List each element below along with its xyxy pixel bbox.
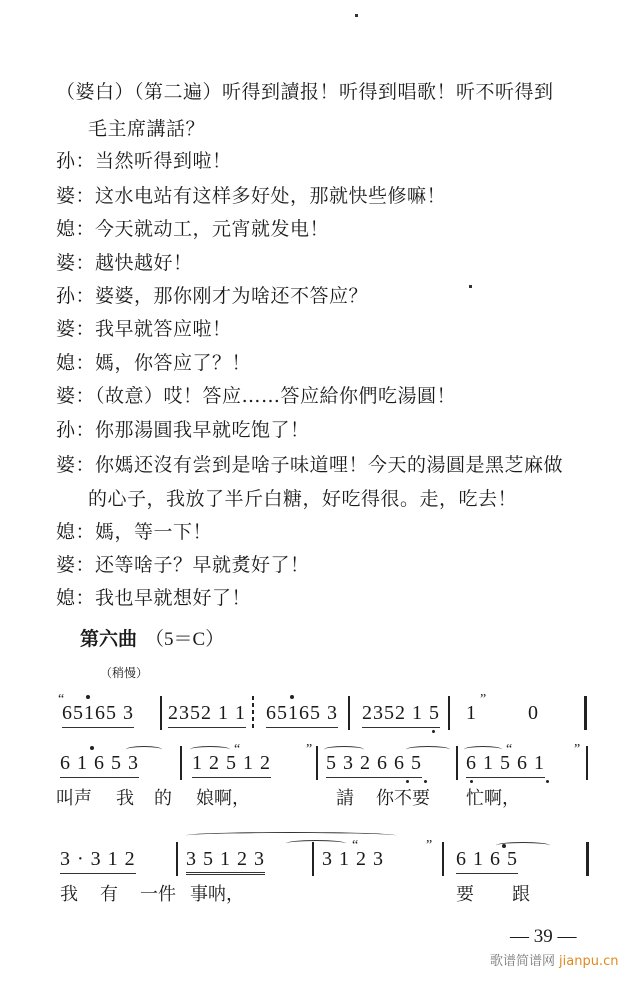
high-octave-dot xyxy=(90,746,94,750)
dialogue-text: （故意）哎！答应……答应給你們吃湯圓！ xyxy=(95,385,456,407)
breath-mark: ” xyxy=(306,742,312,758)
speaker: 婆： xyxy=(56,252,95,274)
dialogue-text: 我早就答应啦！ xyxy=(95,318,232,340)
dialogue-line: 孙：当然听得到啦！ xyxy=(56,149,232,173)
watermark: 歌谱简谱网jianpu.cn xyxy=(490,950,618,969)
dialogue-text: 今天就动工，元宵就发电！ xyxy=(95,218,329,240)
low-octave-dot xyxy=(432,730,435,733)
measure: 6 1 6 5 xyxy=(456,848,518,874)
lyric: 事呐， xyxy=(190,880,244,906)
slur xyxy=(186,832,396,839)
lyric: 忙啊， xyxy=(466,784,520,810)
measure: 5 3 2 6 6 5 xyxy=(326,752,422,778)
lyric: 一件 xyxy=(140,880,176,906)
measure: 65165 3 xyxy=(266,702,338,728)
dialogue-line: 的心子，我放了半斤白糖，好吃得很。走，吃去！ xyxy=(88,487,517,511)
score-line-2: 6 1 6 5 3 “ 1 2 5 1 2 ” 5 3 2 6 6 5 “ 6 … xyxy=(56,742,596,812)
dialogue-line: 媳：今天就动工，元宵就发电！ xyxy=(56,217,329,241)
dialogue-text: 毛主席講話？ xyxy=(88,118,205,140)
dialogue-line: 婆：你媽还沒有尝到是啥子味道哩！今天的湯圓是黑芝麻做 xyxy=(56,453,563,477)
dialogue-line: 婆：还等啥子？早就煑好了！ xyxy=(56,553,310,577)
measure: 2352 1 1 xyxy=(168,702,246,728)
dialogue-text: 这水电站有这样多好处，那就快些修嘛！ xyxy=(95,185,446,207)
lyric: 我 xyxy=(60,880,78,906)
dialogue-text: 媽，你答应了？！ xyxy=(95,352,251,374)
dialogue-line: 孙：婆婆，那你刚才为啥还不答应？ xyxy=(56,284,368,308)
speaker: 媳： xyxy=(56,352,95,374)
barline xyxy=(316,746,318,780)
slur xyxy=(286,840,346,847)
measure: 1 2 5 1 2 xyxy=(192,752,271,778)
dialogue-text: 的心子，我放了半斤白糖，好吃得很。走，吃去！ xyxy=(88,488,517,510)
watermark-latin: jianpu.cn xyxy=(559,954,618,969)
barline xyxy=(584,696,587,730)
lyrics-row: 我 有 一件 事呐， 要 跟 xyxy=(56,878,596,908)
lyric: 請 xyxy=(336,784,354,810)
breath-mark: ” xyxy=(480,692,486,708)
speaker: 孙： xyxy=(56,150,95,172)
print-speck xyxy=(469,285,472,288)
speaker: （婆白） xyxy=(56,81,134,103)
measure: 6 1 5 6 1 xyxy=(466,752,545,778)
lyric: 要 xyxy=(456,880,474,906)
speaker: 婆： xyxy=(56,185,95,207)
high-octave-dot xyxy=(86,695,90,699)
notes-row: 3 · 3 1 2 3 5 1 2 3 3 1 2 3 “ ” 6 1 6 5 xyxy=(56,838,596,878)
barline xyxy=(348,696,350,730)
speaker: 孙： xyxy=(56,285,95,307)
song-title: 第六曲 xyxy=(80,628,137,650)
dialogue-text: 我也早就想好了！ xyxy=(95,587,251,609)
measure: 1 xyxy=(466,702,477,725)
measure: 6 1 6 5 3 xyxy=(60,752,139,778)
dashed-barline xyxy=(252,696,254,730)
breath-mark: “ xyxy=(352,838,358,854)
score-line-3: 3 · 3 1 2 3 5 1 2 3 3 1 2 3 “ ” 6 1 6 5 … xyxy=(56,838,596,908)
measure: 3 5 1 2 3 xyxy=(186,848,265,875)
dialogue-text: 还等啥子？早就煑好了！ xyxy=(95,554,310,576)
dialogue-line: 媳：媽，你答应了？！ xyxy=(56,351,251,375)
lyric: 你不要 xyxy=(376,784,430,810)
score-line-1: “ 65165 3 2352 1 1 65165 3 2352 1 5 1 ” … xyxy=(56,692,596,732)
notes-row: 6 1 6 5 3 “ 1 2 5 1 2 ” 5 3 2 6 6 5 “ 6 … xyxy=(56,742,596,782)
speaker: 婆： xyxy=(56,554,95,576)
speaker: 孙： xyxy=(56,419,95,441)
high-octave-dot xyxy=(290,695,294,699)
speaker: 婆： xyxy=(56,454,95,476)
measure: 65165 3 xyxy=(62,702,134,728)
lyric: 的 xyxy=(154,784,172,810)
tempo-marking: （稍慢） xyxy=(100,664,148,681)
lyric: 跟 xyxy=(512,880,530,906)
speaker: 媳： xyxy=(56,218,95,240)
speaker: 婆： xyxy=(56,318,95,340)
breath-mark: ” xyxy=(574,742,580,758)
barline xyxy=(160,696,162,730)
barline xyxy=(456,746,458,780)
dialogue-text: 越快越好！ xyxy=(95,252,193,274)
barline xyxy=(448,696,450,730)
rest: 0 xyxy=(528,702,539,725)
section-title: 第六曲（5＝C） xyxy=(80,624,224,651)
dialogue-line: （婆白）（第二遍）听得到讀报！听得到唱歌！听不听得到 xyxy=(56,80,554,104)
dialogue-line: 婆：这水电站有这样多好处，那就快些修嘛！ xyxy=(56,184,446,208)
notes-row: “ 65165 3 2352 1 1 65165 3 2352 1 5 1 ” … xyxy=(56,692,596,732)
speaker: 媳： xyxy=(56,587,95,609)
dialogue-text: 当然听得到啦！ xyxy=(95,150,232,172)
barline xyxy=(180,746,182,780)
barline xyxy=(176,842,178,876)
lyric: 娘啊， xyxy=(196,784,250,810)
page-number: — 39 — xyxy=(510,926,577,948)
print-speck xyxy=(355,14,358,17)
dialogue-text: 婆婆，那你刚才为啥还不答应？ xyxy=(95,285,368,307)
dialogue-text: （第二遍）听得到讀报！听得到唱歌！听不听得到 xyxy=(134,81,554,103)
dialogue-line: 媳：我也早就想好了！ xyxy=(56,586,251,610)
speaker: 媳： xyxy=(56,521,95,543)
measure: 2352 1 5 xyxy=(362,702,440,728)
dialogue-text: 你媽还沒有尝到是啥子味道哩！今天的湯圓是黑芝麻做 xyxy=(95,454,563,476)
dialogue-line: 婆：越快越好！ xyxy=(56,251,193,275)
measure: 3 · 3 1 2 xyxy=(60,848,136,874)
dialogue-line: 婆：（故意）哎！答应……答应給你們吃湯圓！ xyxy=(56,384,456,408)
barline xyxy=(586,746,588,780)
lyric: 叫声 xyxy=(56,784,92,810)
barline xyxy=(442,842,444,876)
dialogue-line: 媳：媽，等一下！ xyxy=(56,520,212,544)
breath-mark: ” xyxy=(426,838,432,854)
barline xyxy=(312,842,314,876)
dialogue-text: 你那湯圓我早就吃饱了！ xyxy=(95,419,310,441)
dialogue-line: 毛主席講話？ xyxy=(88,117,205,141)
lyric: 我 xyxy=(116,784,134,810)
dialogue-line: 孙：你那湯圓我早就吃饱了！ xyxy=(56,418,310,442)
lyrics-row: 叫声 我 的 娘啊， 請 你不要 忙啊， xyxy=(56,782,596,812)
dialogue-line: 婆：我早就答应啦！ xyxy=(56,317,232,341)
lyric: 有 xyxy=(100,880,118,906)
speaker: 婆： xyxy=(56,385,95,407)
dialogue-text: 媽，等一下！ xyxy=(95,521,212,543)
watermark-cn: 歌谱简谱网 xyxy=(490,954,555,969)
barline xyxy=(586,842,589,876)
key-signature: （5＝C） xyxy=(145,629,224,650)
